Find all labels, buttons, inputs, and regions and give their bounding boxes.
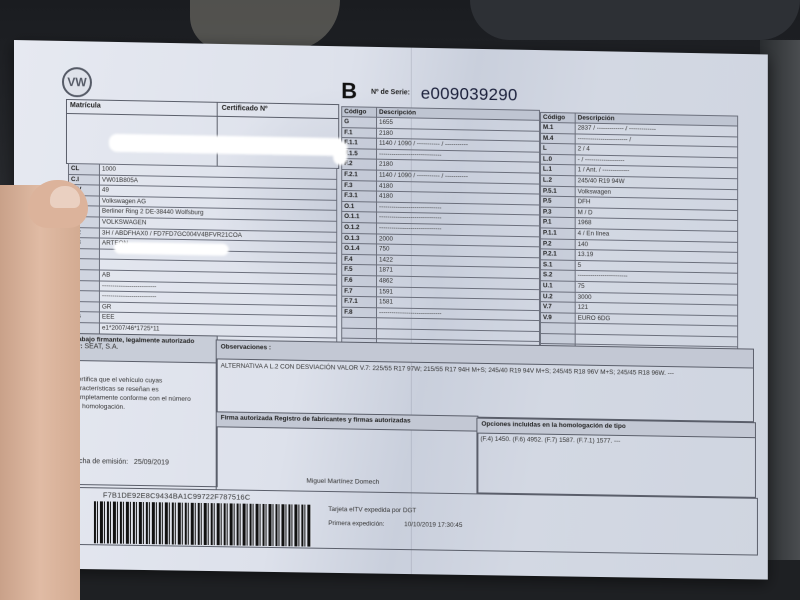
- code-header: Código: [342, 107, 377, 118]
- field-code: U.2: [540, 291, 575, 302]
- field-code: L.1: [540, 165, 575, 176]
- field-code: O.1.2: [342, 222, 377, 233]
- observaciones-box: Observaciones : ALTERNATIVA A L.2 CON DE…: [216, 339, 754, 422]
- field-code: [540, 333, 575, 344]
- serie-label: Nº de Serie:: [371, 89, 410, 97]
- barcode: [94, 501, 311, 546]
- issue-date: 25/09/2019: [134, 459, 169, 467]
- registration-box: Matrícula Certificado Nº: [66, 99, 339, 169]
- field-code: P.2: [540, 238, 575, 249]
- field-code: S.1: [540, 260, 575, 271]
- firma-label: Firma autorizada Registro de fabricantes…: [217, 412, 478, 431]
- field-code: [540, 323, 575, 334]
- field-code: M.1: [540, 122, 575, 133]
- thumbnail: [50, 186, 80, 208]
- barcode-code: F7B1DE92E8C9434BA1C99722F787516C: [103, 490, 250, 501]
- field-code: L: [540, 143, 575, 154]
- category-letter: B: [341, 78, 357, 104]
- vw-logo-icon: VW: [62, 67, 92, 98]
- field-code: F.6: [342, 275, 377, 286]
- serie-number: e009039290: [421, 84, 518, 106]
- card-issuer: Tarjeta eITV expedida por DGT: [328, 506, 416, 514]
- field-code: F.2: [342, 159, 377, 170]
- authorization-box: El abajo firmante, legalmente autorizado…: [66, 333, 218, 487]
- redaction-edge: [333, 141, 347, 165]
- field-code: F.1: [342, 127, 377, 138]
- field-code: F.7: [342, 286, 377, 297]
- field-code: O.1.1: [342, 212, 377, 223]
- opciones-box: Opciones incluidas en la homologación de…: [476, 418, 756, 498]
- field-code: F.7.1: [342, 296, 377, 307]
- field-code: L.2: [540, 175, 575, 186]
- field-code: F.4: [342, 254, 377, 265]
- field-code: P.5.1: [540, 186, 575, 197]
- right-codes-table: CódigoDescripciónM.12837 / -------------…: [540, 112, 738, 358]
- field-code: O.1: [342, 201, 377, 212]
- field-code: P.1: [540, 217, 575, 228]
- field-code: F.5: [342, 265, 377, 276]
- field-code: F.3.1: [342, 191, 377, 202]
- firma-box: Firma autorizada Registro de fabricantes…: [216, 411, 479, 494]
- field-code: U.1: [540, 281, 575, 292]
- field-code: CL: [68, 163, 99, 174]
- field-code: M.4: [540, 133, 575, 144]
- field-code: F.2.1: [342, 169, 377, 180]
- company-name: SEAT, S.A.: [84, 343, 118, 351]
- field-code: P.5: [540, 196, 575, 207]
- redaction-e: [114, 242, 229, 256]
- certificado-label: Certificado Nº: [219, 103, 271, 115]
- field-code: S.2: [540, 270, 575, 281]
- field-code: P.1.1: [540, 228, 575, 239]
- field-code: P.3: [540, 207, 575, 218]
- first-issue-datetime: 10/10/2019 17:30:45: [404, 521, 462, 529]
- field-code: [342, 317, 377, 328]
- field-code: O.1.4: [342, 243, 377, 254]
- background-seat: [190, 0, 340, 50]
- first-issue-label: Primera expedición:: [328, 520, 384, 528]
- signer-name: Miguel Martínez Domech: [306, 478, 379, 486]
- field-code: L.0: [540, 154, 575, 165]
- field-code: V.9: [540, 312, 575, 323]
- background-headrest: [470, 0, 800, 40]
- left-fields-table: CL1000C.IVW01B805AC.V49A.1Volkswagen AGA…: [68, 163, 337, 349]
- field-code: G: [342, 117, 377, 128]
- field-code: [342, 328, 377, 339]
- field-code: P.2.1: [540, 249, 575, 260]
- field-code: O.1.3: [342, 233, 377, 244]
- certification-text: Certifica que el vehículo cuyas caracter…: [67, 361, 199, 413]
- field-code: F.8: [342, 307, 377, 318]
- matricula-label: Matrícula: [67, 100, 217, 114]
- field-code: F.3: [342, 180, 377, 191]
- vehicle-technical-card: VW B Nº de Serie: e009039290 Matrícula C…: [14, 40, 768, 580]
- field-code: V.7: [540, 302, 575, 313]
- middle-codes-table: CódigoDescripciónG1655F.12180F.1.11140 /…: [341, 106, 540, 353]
- hand: [0, 185, 80, 600]
- code-header: Código: [540, 112, 575, 123]
